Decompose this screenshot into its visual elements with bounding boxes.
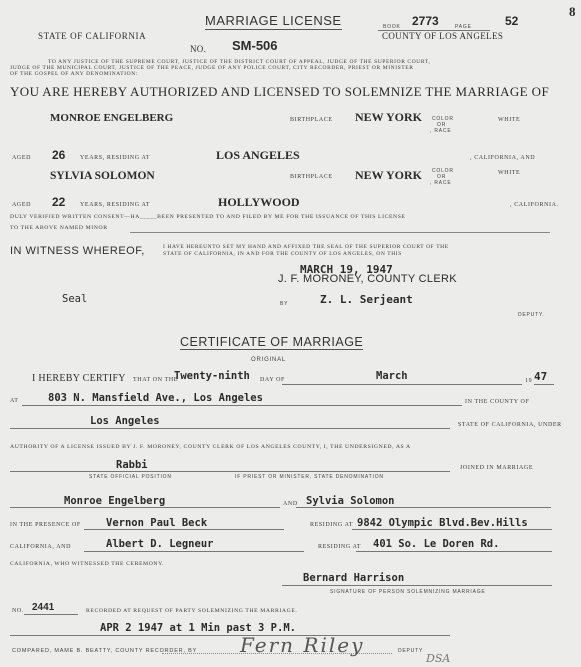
marriage-location: 803 N. Mansfield Ave., Los Angeles — [48, 392, 263, 404]
seal-label: Seal — [62, 293, 87, 305]
groom-color: WHITE — [498, 117, 520, 123]
recording-deputy-label: DEPUTY — [398, 648, 423, 654]
county-label: COUNTY OF LOS ANGELES — [382, 31, 503, 41]
marriage-year: 47 — [534, 370, 547, 383]
marriage-day: Twenty-ninth — [174, 370, 250, 382]
address-line-3: OF THE GOSPEL OF ANY DENOMINATION: — [10, 71, 138, 77]
bride-residing-label: YEARS, RESIDING AT — [80, 202, 150, 208]
groom-birthplace: NEW YORK — [355, 110, 422, 125]
state-label: STATE OF CALIFORNIA — [38, 31, 146, 41]
witness-2-name: Albert D. Legneur — [106, 538, 213, 550]
denomination-caption: IF PRIEST OR MINISTER, STATE DENOMINATIO… — [235, 474, 384, 480]
certificate-subtitle: ORIGINAL — [251, 357, 286, 363]
official-position: Rabbi — [116, 459, 148, 471]
bride-residence: HOLLYWOOD — [218, 195, 300, 210]
bride-birthplace-label: BIRTHPLACE — [290, 174, 333, 180]
license-title: MARRIAGE LICENSE — [205, 13, 342, 30]
authorization-text: YOU ARE HEREBY AUTHORIZED AND LICENSED T… — [10, 84, 549, 100]
joined-label: JOINED IN MARRIAGE — [460, 465, 533, 471]
bride-color: WHITE — [498, 170, 520, 176]
officiant-caption: SIGNATURE OF PERSON SOLEMNIZING MARRIAGE — [330, 589, 486, 595]
certificate-title: CERTIFICATE OF MARRIAGE — [180, 335, 363, 350]
certify-label: I HEREBY CERTIFY — [32, 373, 126, 384]
witness-heading: IN WITNESS WHEREOF, — [10, 245, 145, 257]
groom-name: MONROE ENGELBERG — [50, 112, 173, 124]
groom-residence: LOS ANGELES — [216, 148, 300, 163]
at-label: AT — [10, 398, 19, 404]
presence-label: IN THE PRESENCE OF — [10, 522, 81, 528]
bride-color-label-3: , RACE — [430, 180, 451, 186]
groom-suffix: , CALIFORNIA, AND — [470, 155, 535, 161]
initials: DSA — [426, 652, 450, 665]
deputy-signature: Fern Riley — [240, 633, 364, 657]
and-label: AND — [283, 501, 298, 507]
groom-name-certificate: Monroe Engelberg — [64, 495, 165, 507]
position-caption: STATE OFFICIAL POSITION — [89, 474, 172, 480]
groom-birthplace-label: BIRTHPLACE — [290, 117, 333, 123]
witness-2-residing-label: RESIDING AT — [318, 544, 361, 550]
deputy-label: DEPUTY. — [518, 312, 545, 318]
groom-aged-label: AGED — [12, 155, 31, 161]
officiant-name: Bernard Harrison — [303, 572, 404, 584]
bride-age: 22 — [52, 195, 65, 209]
consent-line-2: TO THE ABOVE NAMED MINOR — [10, 225, 108, 231]
bride-name: SYLVIA SOLOMON — [50, 170, 155, 182]
marriage-month: March — [376, 370, 408, 382]
marriage-county: Los Angeles — [90, 415, 160, 427]
recording-no-label: NO. — [12, 608, 24, 614]
bride-birthplace: NEW YORK — [355, 168, 422, 183]
groom-residing-label: YEARS, RESIDING AT — [80, 155, 150, 161]
recording-no-value: 2441 — [32, 602, 54, 613]
state-under-label: STATE OF CALIFORNIA, UNDER — [458, 422, 562, 428]
license-no-label: NO. — [190, 44, 206, 54]
witness-text-1: I HAVE HEREUNTO SET MY HAND AND AFFIXED … — [163, 244, 449, 250]
county-of-label: IN THE COUNTY OF — [465, 399, 529, 405]
day-of-label: DAY OF — [260, 377, 285, 383]
bride-aged-label: AGED — [12, 202, 31, 208]
bride-suffix: , CALIFORNIA. — [510, 202, 559, 208]
recorded-text: RECORDED AT REQUEST OF PARTY SOLEMNIZING… — [86, 608, 297, 614]
bride-name-certificate: Sylvia Solomon — [306, 495, 395, 507]
groom-age: 26 — [52, 148, 65, 162]
book-value: 2773 — [412, 14, 439, 28]
page-value: 52 — [505, 14, 518, 28]
deputy-name: Z. L. Serjeant — [320, 293, 413, 306]
authority-text: AUTHORITY OF A LICENSE ISSUED BY J. F. M… — [10, 444, 411, 450]
page-marker: 8 — [569, 4, 576, 20]
consent-line-1: DULY VERIFIED WRITTEN CONSENT—HA_____BEE… — [10, 214, 406, 220]
witness-2-address: 401 So. Le Doren Rd. — [373, 538, 499, 550]
that-on-label: THAT ON THE — [133, 377, 178, 383]
witness-1-address: 9842 Olympic Blvd.Bev.Hills — [357, 517, 528, 529]
witness-text-2: STATE OF CALIFORNIA, IN AND FOR THE COUN… — [163, 251, 402, 257]
year-prefix: 19 — [525, 378, 532, 384]
county-clerk: J. F. MORONEY, COUNTY CLERK — [278, 273, 457, 285]
by-label: BY — [280, 301, 288, 307]
california-and-label: CALIFORNIA, AND — [10, 544, 71, 550]
groom-color-label-3: , RACE — [430, 128, 451, 134]
witness-1-residing-label: RESIDING AT — [310, 522, 353, 528]
witness-1-name: Vernon Paul Beck — [106, 517, 207, 529]
witnessed-text: CALIFORNIA, WHO WITNESSED THE CEREMONY. — [10, 561, 164, 567]
license-no-value: SM-506 — [232, 38, 278, 53]
